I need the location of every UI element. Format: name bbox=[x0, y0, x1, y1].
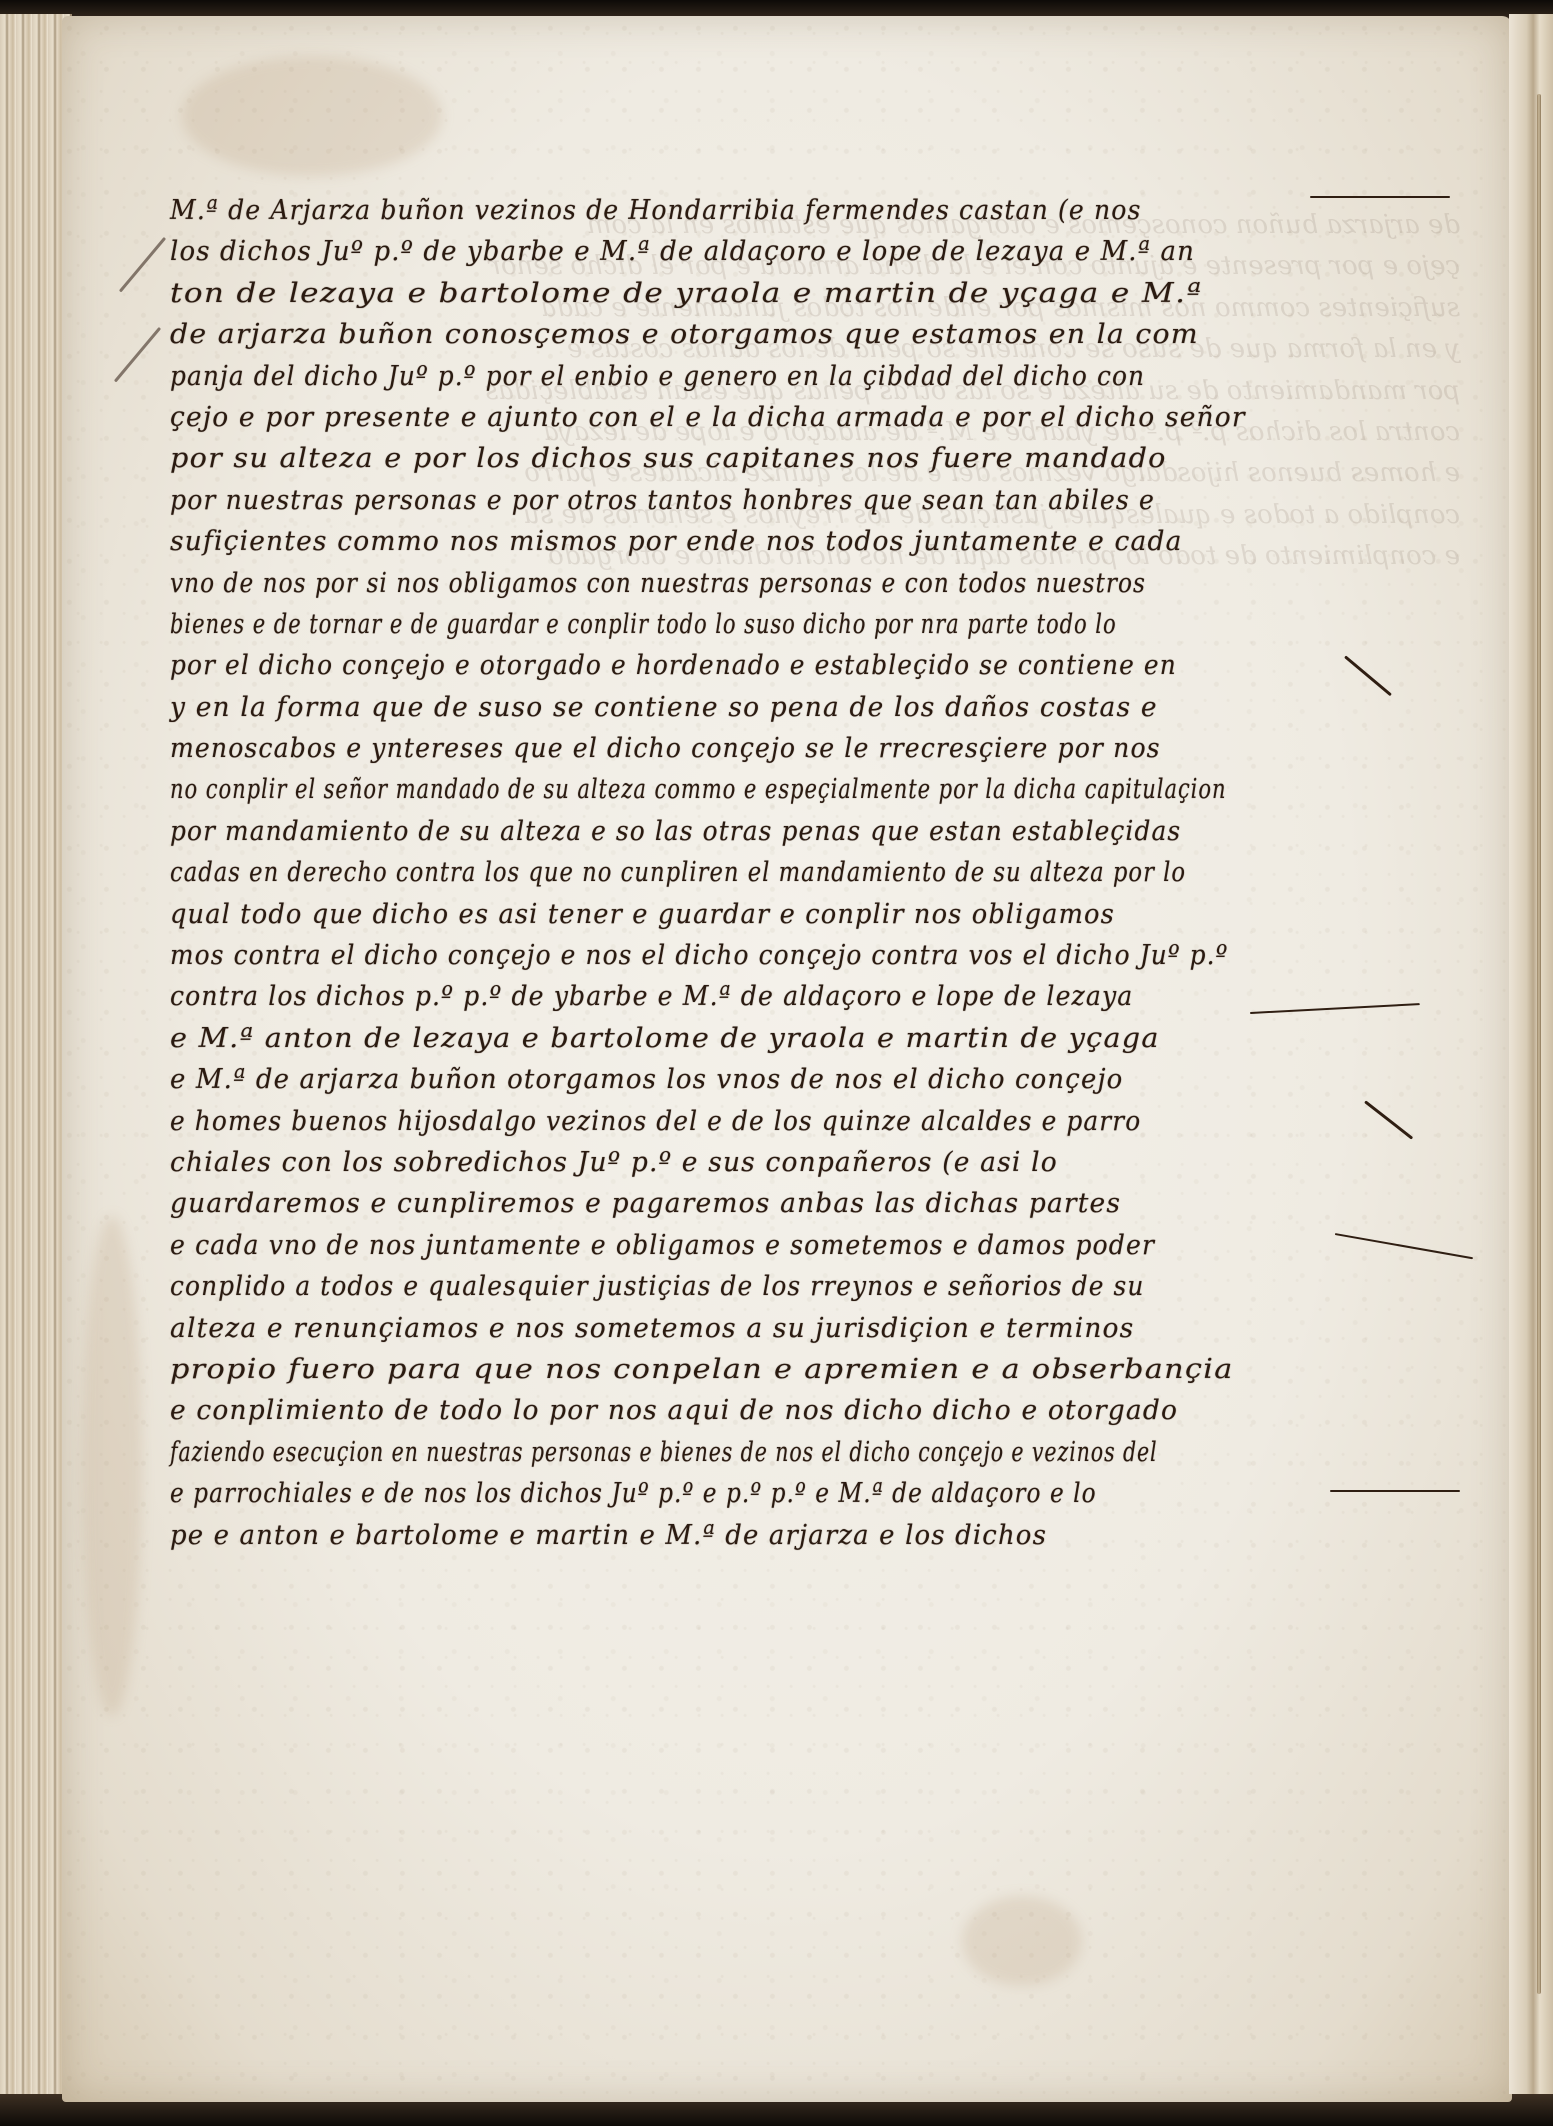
paper-stain bbox=[182, 56, 442, 176]
manuscript-line: bienes e de tornar e de guardar e conpli… bbox=[170, 604, 1184, 645]
paper-stain bbox=[962, 1896, 1082, 1986]
manuscript-line: por su alteza e por los dichos sus capit… bbox=[170, 438, 1548, 479]
manuscript-line: e cada vno de nos juntamente e obligamos… bbox=[170, 1225, 1379, 1266]
manuscript-line: panja del dicho Juº p.º por el enbio e g… bbox=[170, 356, 1366, 397]
manuscript-line: sufiçientes commo nos mismos por ende no… bbox=[170, 521, 1444, 562]
manuscript-line: conplido a todos e qualesquier justiçias… bbox=[170, 1266, 1366, 1307]
manuscript-line: propio fuero para que nos conpelan e apr… bbox=[170, 1349, 1553, 1390]
manuscript-line: pe e anton e bartolome e martin e M.ª de… bbox=[170, 1515, 1418, 1556]
manuscript-line: e homes buenos hijosdalgo vezinos del e … bbox=[170, 1101, 1366, 1142]
manuscript-line: los dichos Juº p.º de ybarbe e M.ª de al… bbox=[170, 231, 1418, 272]
manuscript-line: menoscabos e yntereses que el dicho conç… bbox=[170, 728, 1379, 769]
manuscript-line: ton de lezaya e bartolome de yraola e ma… bbox=[170, 273, 1553, 314]
line-filler-stroke bbox=[1310, 196, 1450, 198]
manuscript-line: por mandamiento de su alteza e so las ot… bbox=[170, 811, 1366, 852]
manuscript-line: M.ª de Arjarza buñon vezinos de Hondarri… bbox=[170, 190, 1379, 231]
manuscript-line: mos contra el dicho conçejo e nos el dic… bbox=[170, 935, 1366, 976]
manuscript-line: alteza e renunçiamos e nos sometemos a s… bbox=[170, 1308, 1444, 1349]
manuscript-line: por nuestras personas e por otros tantos… bbox=[170, 480, 1379, 521]
manuscript-line: guardaremos e cunpliremos e pagaremos an… bbox=[170, 1183, 1444, 1224]
manuscript-line: de arjarza buñon conosçemos e otorgamos … bbox=[170, 314, 1535, 355]
manuscript-line: contra los dichos p.º p.º de ybarbe e M.… bbox=[170, 976, 1379, 1017]
manuscript-line: e M.ª de arjarza buñon otorgamos los vno… bbox=[170, 1059, 1418, 1100]
paper-stain bbox=[82, 1216, 142, 1716]
line-filler-stroke bbox=[1330, 1490, 1460, 1492]
manuscript-line: y en la forma que de suso se contiene so… bbox=[170, 687, 1444, 728]
manuscript-line: faziendo esecuçion en nuestras personas … bbox=[170, 1432, 1158, 1473]
manuscript-line: qual todo que dicho es asi tener e guard… bbox=[170, 894, 1405, 935]
manuscript-line: çejo e por presente e ajunto con el e la… bbox=[170, 397, 1444, 438]
manuscript-line: vno de nos por si nos obligamos con nues… bbox=[170, 563, 1288, 604]
manuscript-line: por el dicho conçejo e otorgado e horden… bbox=[170, 645, 1366, 686]
manuscript-line: e parrochiales e de nos los dichos Juº p… bbox=[170, 1473, 1288, 1514]
manuscript-line: e conplimiento de todo lo por nos aqui d… bbox=[170, 1390, 1444, 1431]
manuscript-line: chiales con los sobredichos Juº p.º e su… bbox=[170, 1142, 1444, 1183]
manuscript-scan: de arjarza buñon conosçemos e otorgamos … bbox=[0, 0, 1553, 2126]
manuscript-line: cadas en derecho contra los que no cunpl… bbox=[170, 852, 1262, 893]
manuscript-line: no conplir el señor mandado de su alteza… bbox=[170, 769, 1184, 810]
handwritten-text-block: M.ª de Arjarza buñon vezinos de Hondarri… bbox=[170, 190, 1470, 1556]
manuscript-line: e M.ª anton de lezaya e bartolome de yra… bbox=[170, 1018, 1548, 1059]
